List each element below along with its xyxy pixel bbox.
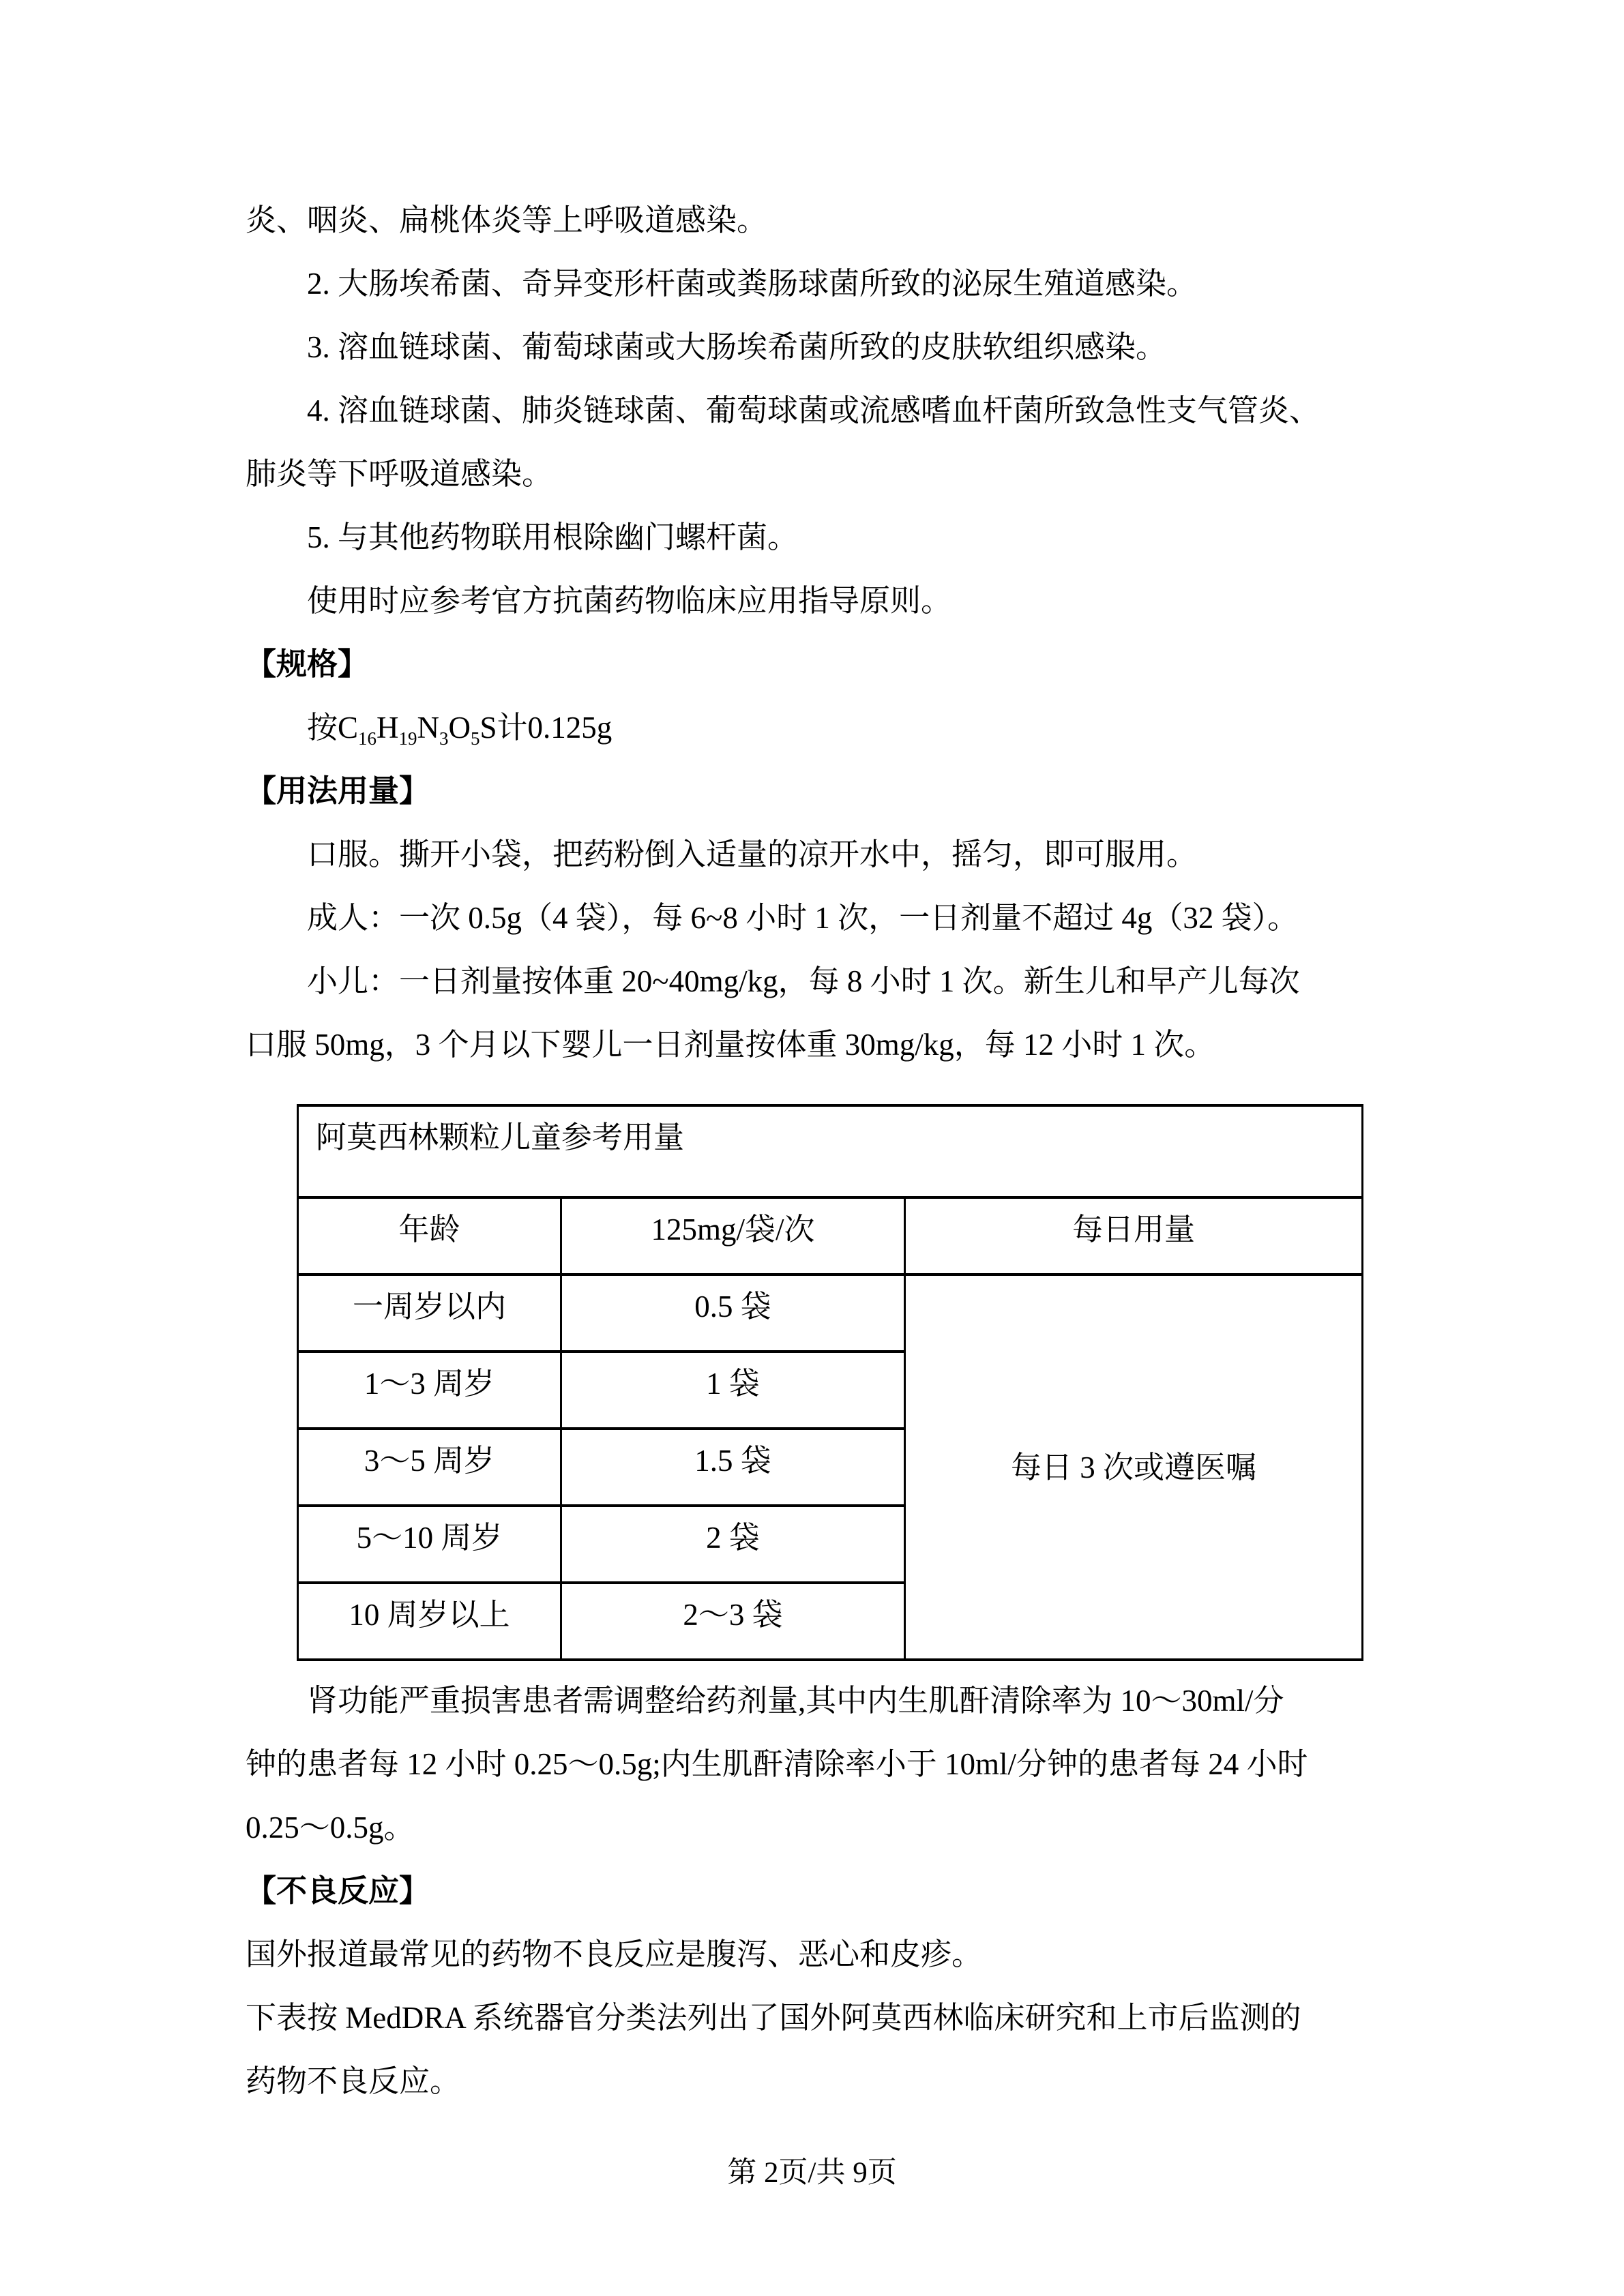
table-header-daily: 每日用量: [905, 1197, 1363, 1274]
specification-formula-line: 按C16H19N3O5S计0.125g: [246, 696, 1383, 760]
adverse-line-3: 药物不良反应。: [246, 2050, 1383, 2113]
table-cell-age: 3～5 周岁: [298, 1429, 561, 1506]
dosage-line-child: 小儿：一日剂量按体重 20~40mg/kg，每 8 小时 1 次。新生儿和早产儿…: [246, 950, 1383, 1013]
formula-el-o: O: [449, 711, 471, 745]
child-dosage-table: 阿莫西林颗粒儿童参考用量 年龄 125mg/袋/次 每日用量 一周岁以内 0.5…: [297, 1104, 1363, 1661]
table-cell-age: 10 周岁以上: [298, 1583, 561, 1660]
table-header-row: 年龄 125mg/袋/次 每日用量: [298, 1197, 1363, 1274]
indication-item-4: 4. 溶血链球菌、肺炎链球菌、葡萄球菌或流感嗜血杆菌所致急性支气管炎、: [246, 379, 1383, 443]
table-cell-dose: 2 袋: [561, 1506, 905, 1583]
formula-sub-o: 5: [471, 728, 480, 749]
table-header-age: 年龄: [298, 1197, 561, 1274]
formula-sub-h: 19: [399, 728, 417, 749]
table-row: 一周岁以内 0.5 袋 每日 3 次或遵医嘱: [298, 1274, 1363, 1352]
adverse-line-2: 下表按 MedDRA 系统器官分类法列出了国外阿莫西林临床研究和上市后监测的: [246, 1986, 1383, 2050]
page-number-footer: 第 2页/共 9页: [0, 2141, 1624, 2205]
table-cell-dose: 1.5 袋: [561, 1429, 905, 1506]
adverse-reactions-heading: 【不良反应】: [246, 1860, 1383, 1923]
dosage-line-child-continuation: 口服 50mg，3 个月以下婴儿一日剂量按体重 30mg/kg，每 12 小时 …: [246, 1013, 1383, 1077]
formula-el-n: N: [417, 711, 440, 745]
formula-el-h: H: [377, 711, 399, 745]
document-page: 炎、咽炎、扁桃体炎等上呼吸道感染。 2. 大肠埃希菌、奇异变形杆菌或粪肠球菌所致…: [0, 0, 1624, 2296]
renal-dose-line-1: 肾功能严重损害患者需调整给药剂量,其中内生肌酐清除率为 10～30ml/分: [246, 1669, 1383, 1733]
dosage-line-adult: 成人：一次 0.5g（4 袋），每 6~8 小时 1 次，一日剂量不超过 4g（…: [246, 886, 1383, 950]
indication-item-5: 5. 与其他药物联用根除幽门螺杆菌。: [246, 506, 1383, 569]
dosage-line-oral: 口服。撕开小袋，把药粉倒入适量的凉开水中，摇匀，即可服用。: [246, 823, 1383, 886]
table-cell-dose: 0.5 袋: [561, 1274, 905, 1352]
indication-guidance-line: 使用时应参考官方抗菌药物临床应用指导原则。: [246, 569, 1383, 633]
page-content: 炎、咽炎、扁桃体炎等上呼吸道感染。 2. 大肠埃希菌、奇异变形杆菌或粪肠球菌所致…: [246, 189, 1383, 2113]
formula-sub-c: 16: [358, 728, 377, 749]
table-cell-dose: 1 袋: [561, 1352, 905, 1429]
indication-item-4-continuation: 肺炎等下呼吸道感染。: [246, 443, 1383, 506]
indication-continuation-line: 炎、咽炎、扁桃体炎等上呼吸道感染。: [246, 189, 1383, 252]
formula-prefix: 按C: [307, 711, 358, 745]
table-cell-age: 1～3 周岁: [298, 1352, 561, 1429]
table-header-dose: 125mg/袋/次: [561, 1197, 905, 1274]
specification-heading: 【规格】: [246, 633, 1383, 696]
renal-dose-line-2: 钟的患者每 12 小时 0.25～0.5g;内生肌酐清除率小于 10ml/分钟的…: [246, 1733, 1383, 1796]
table-title-row: 阿莫西林颗粒儿童参考用量: [298, 1105, 1363, 1197]
table-cell-daily-note: 每日 3 次或遵医嘱: [905, 1274, 1363, 1660]
indication-item-2: 2. 大肠埃希菌、奇异变形杆菌或粪肠球菌所致的泌尿生殖道感染。: [246, 252, 1383, 316]
formula-sub-n: 3: [439, 728, 449, 749]
table-cell-dose: 2～3 袋: [561, 1583, 905, 1660]
formula-suffix: S计0.125g: [480, 711, 612, 745]
table-cell-age: 5～10 周岁: [298, 1506, 561, 1583]
table-cell-age: 一周岁以内: [298, 1274, 561, 1352]
dosage-heading: 【用法用量】: [246, 760, 1383, 823]
renal-dose-line-3: 0.25～0.5g。: [246, 1796, 1383, 1860]
table-title-cell: 阿莫西林颗粒儿童参考用量: [298, 1105, 1363, 1197]
adverse-line-1: 国外报道最常见的药物不良反应是腹泻、恶心和皮疹。: [246, 1923, 1383, 1986]
indication-item-3: 3. 溶血链球菌、葡萄球菌或大肠埃希菌所致的皮肤软组织感染。: [246, 316, 1383, 379]
